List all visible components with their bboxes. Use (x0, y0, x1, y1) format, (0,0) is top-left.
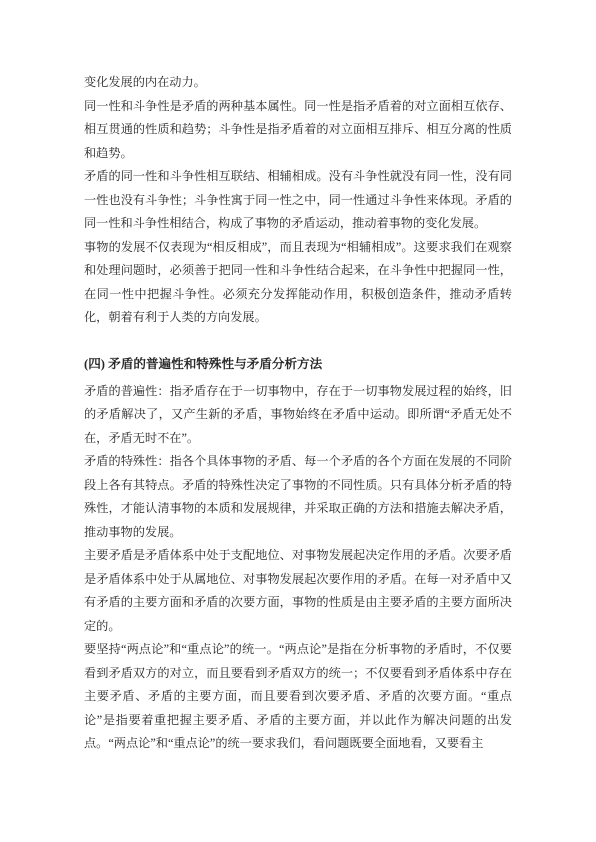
paragraph: 矛盾的同一性和斗争性相互联结、相辅相成。没有斗争性就没有同一性，没有同一性也没有… (84, 165, 512, 236)
document-page: 变化发展的内在动力。同一性和斗争性是矛盾的两种基本属性。同一性是指矛盾着的对立面… (0, 0, 596, 842)
paragraph: 矛盾的特殊性：指各个具体事物的矛盾、每一个矛盾的各个方面在发展的不同阶段上各有其… (84, 450, 512, 544)
paragraph: 变化发展的内在动力。 (84, 71, 512, 95)
paragraph: 矛盾的普遍性：指矛盾存在于一切事物中，存在于一切事物发展过程的始终，旧的矛盾解决… (84, 380, 512, 451)
document-body: 变化发展的内在动力。同一性和斗争性是矛盾的两种基本属性。同一性是指矛盾着的对立面… (84, 71, 512, 756)
section-heading: (四) 矛盾的普遍性和特殊性与矛盾分析方法 (84, 353, 512, 377)
paragraph: 主要矛盾是矛盾体系中处于支配地位、对事物发展起决定作用的矛盾。次要矛盾是矛盾体系… (84, 544, 512, 638)
paragraph: 同一性和斗争性是矛盾的两种基本属性。同一性是指矛盾着的对立面相互依存、相互贯通的… (84, 95, 512, 166)
paragraph: 事物的发展不仅表现为“相反相成”，而且表现为“相辅相成”。这要求我们在观察和处理… (84, 236, 512, 330)
paragraph: 要坚持“两点论”和“重点论”的统一。“两点论”是指在分析事物的矛盾时，不仅要看到… (84, 638, 512, 756)
